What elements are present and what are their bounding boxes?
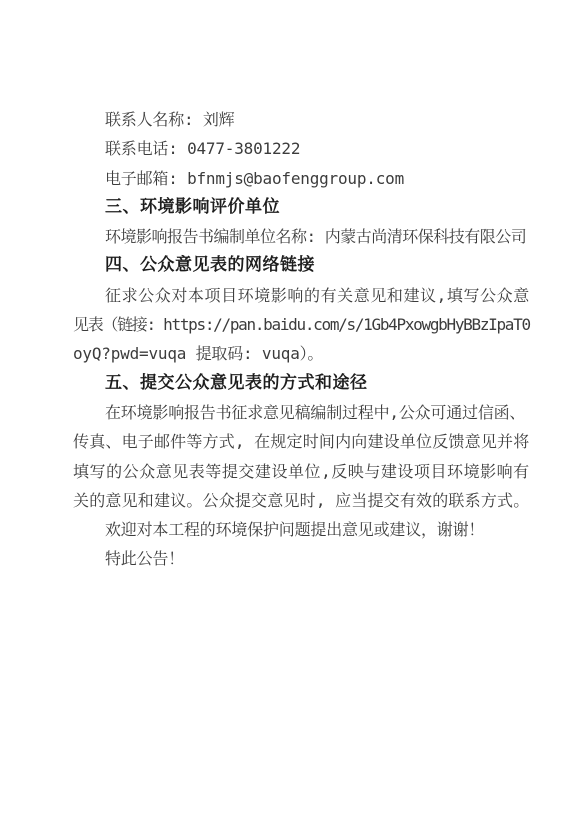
submit-paragraph-line-2: 传真、电子邮件等方式, 在规定时间内向建设单位反馈意见并将 [73,427,529,456]
submit-paragraph-line-4: 关的意见和建议。公众提交意见时, 应当提交有效的联系方式。 [73,486,529,515]
submit-paragraph-line-1: 在环境影响报告书征求意见稿编制过程中,公众可通过信函、 [73,398,529,427]
link-paragraph-line-1: 征求公众对本项目环境影响的有关意见和建议,填写公众意 [73,281,529,310]
closing-line: 特此公告！ [73,544,529,573]
section-link-heading: 四、公众意见表的网络链接 [73,251,529,280]
contact-phone-line: 联系电话: 0477-3801222 [73,134,529,163]
section-eia-unit-heading: 三、环境影响评价单位 [73,193,529,222]
document-page: 联系人名称: 刘辉 联系电话: 0477-3801222 电子邮箱: bfnmj… [0,0,584,828]
eia-report-unit-line: 环境影响报告书编制单位名称: 内蒙古尚清环保科技有限公司 [73,222,529,251]
contact-email-line: 电子邮箱: bfnmjs@baofenggroup.com [73,164,529,193]
baidu-pan-link-line: 见表（链接: https://pan.baidu.com/s/1Gb4Pxowg… [73,310,529,339]
section-submit-heading: 五、提交公众意见表的方式和途径 [73,369,529,398]
announcement-body: 联系人名称: 刘辉 联系电话: 0477-3801222 电子邮箱: bfnmj… [73,105,529,574]
welcome-line: 欢迎对本工程的环境保护问题提出意见或建议，谢谢！ [73,515,529,544]
submit-paragraph-line-3: 填写的公众意见表等提交建设单位,反映与建设项目环境影响有 [73,457,529,486]
contact-person-line: 联系人名称: 刘辉 [73,105,529,134]
link-paragraph-line-3: oyQ?pwd=vuqa 提取码: vuqa）。 [73,339,529,368]
